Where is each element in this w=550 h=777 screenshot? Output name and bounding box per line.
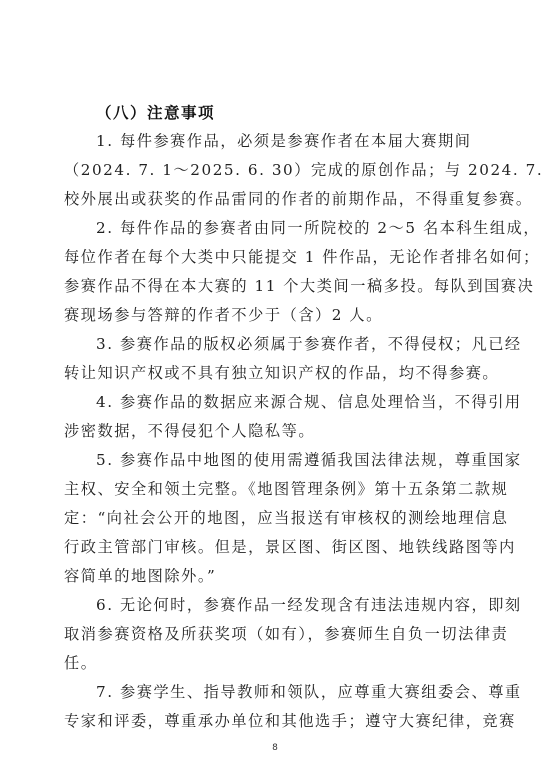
paragraph-6-line-1: 6. 无论何时，参赛作品一经发现含有违法违规内容，即刻 (96, 591, 488, 620)
paragraph-2-line-2: 每位作者在每个大类中只能提交 1 件作品，无论作者排名如何； (64, 243, 488, 272)
section-heading: （八）注意事项 (96, 98, 215, 127)
paragraph-4-line-1: 4. 参赛作品的数据应来源合规、信息处理恰当，不得引用 (96, 388, 488, 417)
paragraph-5-line-1: 5. 参赛作品中地图的使用需遵循我国法律法规，尊重国家 (96, 446, 488, 475)
paragraph-1-line-2: （2024. 7. 1～2025. 6. 30）完成的原创作品；与 2024. … (64, 156, 488, 185)
paragraph-6-line-3: 任。 (64, 649, 488, 678)
paragraph-1-line-3: 校外展出或获奖的作品雷同的作者的前期作品，不得重复参赛。 (64, 185, 488, 214)
paragraph-3-line-1: 3. 参赛作品的版权必须属于参赛作者，不得侵权；凡已经 (96, 330, 488, 359)
paragraph-2-line-4: 赛现场参与答辩的作者不少于（含）2 人。 (64, 301, 488, 330)
document-page: （八）注意事项 1. 每件参赛作品，必须是参赛作者在本届大赛期间 （2024. … (0, 0, 550, 777)
paragraph-5-line-5: 容简单的地图除外。” (64, 562, 488, 591)
paragraph-6-line-2: 取消参赛资格及所获奖项（如有），参赛师生自负一切法律责 (64, 620, 488, 649)
paragraph-7-line-1: 7. 参赛学生、指导教师和领队，应尊重大赛组委会、尊重 (96, 678, 488, 707)
paragraph-4-line-2: 涉密数据，不得侵犯个人隐私等。 (64, 417, 488, 446)
paragraph-1-line-1: 1. 每件参赛作品，必须是参赛作者在本届大赛期间 (96, 127, 488, 156)
paragraph-5-line-2: 主权、安全和领土完整。《地图管理条例》第十五条第二款规 (64, 475, 488, 504)
paragraph-5-line-4: 行政主管部门审核。但是，景区图、街区图、地铁线路图等内 (64, 533, 488, 562)
paragraph-3-line-2: 转让知识产权或不具有独立知识产权的作品，均不得参赛。 (64, 359, 488, 388)
paragraph-2-line-1: 2. 每件作品的参赛者由同一所院校的 2～5 名本科生组成， (96, 214, 488, 243)
paragraph-5-line-3: 定：“向社会公开的地图，应当报送有审核权的测绘地理信息 (64, 504, 488, 533)
paragraph-2-line-3: 参赛作品不得在本大赛的 11 个大类间一稿多投。每队到国赛决 (64, 272, 488, 301)
paragraph-7-line-2: 专家和评委，尊重承办单位和其他选手；遵守大赛纪律，竞赛 (64, 707, 488, 736)
page-number: 8 (0, 743, 550, 753)
